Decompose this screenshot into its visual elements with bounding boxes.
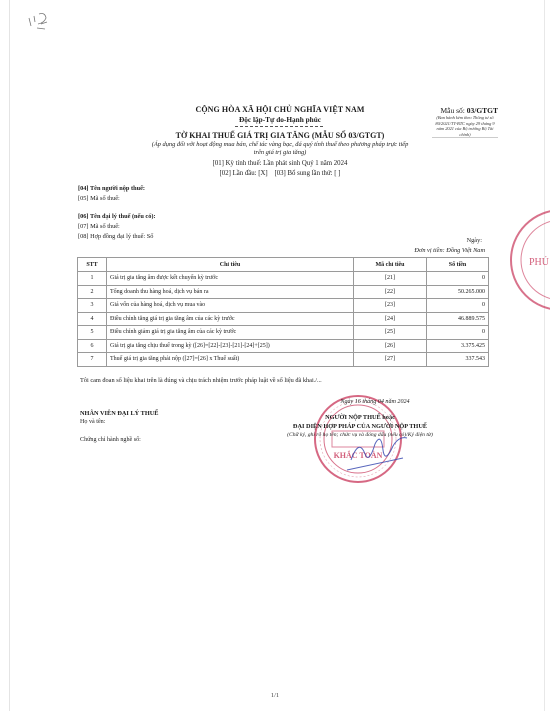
table-row: 3Giá vốn của hàng hoá, dịch vụ mua vào[2… <box>78 299 489 313</box>
tax-table: STT Chỉ tiêu Mã chỉ tiêu Số tiền 1Giá tr… <box>77 257 489 367</box>
row-stt: 6 <box>78 339 107 353</box>
signer-title-1: NGƯỜI NỘP THUẾ hoặc <box>255 414 465 421</box>
side-seal-icon: PHÚ <box>503 205 550 315</box>
submission-type: [02] Lần đầu: [X] [03] Bổ sung lần thứ: … <box>100 170 460 177</box>
currency-unit: Đơn vị tiền: Đồng Việt Nam <box>370 247 485 254</box>
agent-name-label: [06] Tên đại lý thuế (nếu có): <box>78 213 156 220</box>
form-title: TỜ KHAI THUẾ GIÁ TRỊ GIA TĂNG (MẪU SỐ 03… <box>100 131 460 140</box>
svg-text:PHÚ: PHÚ <box>529 256 550 268</box>
col-code: Mã chỉ tiêu <box>354 258 427 272</box>
row-item: Tổng doanh thu hàng hoá, dịch vụ bán ra <box>107 285 354 299</box>
row-amount: 337.543 <box>427 353 489 367</box>
row-stt: 5 <box>78 326 107 340</box>
row-code: [23] <box>354 299 427 313</box>
signature-date: Ngày 16 tháng 04 năm 2024 <box>300 399 450 405</box>
row-amount: 3.375.425 <box>427 339 489 353</box>
row-item: Giá trị gia tăng âm được kết chuyển kỳ t… <box>107 272 354 286</box>
row-code: [27] <box>354 353 427 367</box>
row-stt: 7 <box>78 353 107 367</box>
row-stt: 3 <box>78 299 107 313</box>
row-stt: 1 <box>78 272 107 286</box>
signature-icon <box>343 432 423 472</box>
taxpayer-name-label: [04] Tên người nộp thuế: <box>78 185 145 192</box>
row-amount: 0 <box>427 272 489 286</box>
form-code-label: Mẫu số: <box>440 106 466 115</box>
table-row: 5Điều chỉnh giảm giá trị gia tăng âm của… <box>78 326 489 340</box>
row-amount: 50.265.000 <box>427 285 489 299</box>
table-row: 1Giá trị gia tăng âm được kết chuyển kỳ … <box>78 272 489 286</box>
row-item: Giá trị gia tăng chịu thuế trong kỳ ([26… <box>107 339 354 353</box>
col-amount: Số tiền <box>427 258 489 272</box>
row-code: [25] <box>354 326 427 340</box>
agent-contract-label: [08] Hợp đồng đại lý thuế: Số <box>78 233 153 240</box>
table-row: 7Thuế giá trị gia tăng phải nộp ([27]=[2… <box>78 353 489 367</box>
page-edge-left <box>9 0 10 711</box>
agent-staff-cert-label: Chứng chỉ hành nghề số: <box>80 437 141 443</box>
row-code: [24] <box>354 312 427 326</box>
row-amount: 0 <box>427 299 489 313</box>
nation-heading: CỘNG HÒA XÃ HỘI CHỦ NGHĨA VIỆT NAM <box>100 105 460 114</box>
form-code-box: Mẫu số: 03/GTGT (Ban hành kèm theo Thông… <box>432 106 498 138</box>
row-amount: 0 <box>427 326 489 340</box>
tax-period: [01] Kỳ tính thuế: Lần phát sinh Quý 1 n… <box>100 160 460 167</box>
signer-note: (Chữ ký, ghi rõ họ tên; chức vụ và đóng … <box>250 432 470 438</box>
agent-staff-name-label: Họ và tên: <box>80 419 105 425</box>
row-code: [26] <box>354 339 427 353</box>
table-row: 4Điều chỉnh tăng giá trị gia tăng âm của… <box>78 312 489 326</box>
form-code-value: 03/GTGT <box>467 106 498 115</box>
form-code-note: (Ban hành kèm theo Thông tư số 80/2021/T… <box>432 115 498 137</box>
header-divider <box>235 126 323 127</box>
signer-title-2: ĐẠI DIỆN HỢP PHÁP CỦA NGƯỜI NỘP THUẾ <box>255 423 465 430</box>
table-row: 6Giá trị gia tăng chịu thuế trong kỳ ([2… <box>78 339 489 353</box>
col-item: Chỉ tiêu <box>107 258 354 272</box>
agent-staff-title: NHÂN VIÊN ĐẠI LÝ THUẾ <box>80 410 159 417</box>
col-stt: STT <box>78 258 107 272</box>
row-amount: 46.889.575 <box>427 312 489 326</box>
row-item: Giá vốn của hàng hoá, dịch vụ mua vào <box>107 299 354 313</box>
table-header-row: STT Chỉ tiêu Mã chỉ tiêu Số tiền <box>78 258 489 272</box>
motto: Độc lập-Tự do-Hạnh phúc <box>100 115 460 124</box>
declaration-text: Tôi cam đoan số liệu khai trên là đúng v… <box>80 377 440 384</box>
row-item: Điều chỉnh giảm giá trị gia tăng âm của … <box>107 326 354 340</box>
row-code: [21] <box>354 272 427 286</box>
page-number: 1/1 <box>255 692 295 699</box>
row-stt: 4 <box>78 312 107 326</box>
page-edge-right <box>544 0 545 711</box>
agent-id-label: [07] Mã số thuế: <box>78 223 120 230</box>
row-stt: 2 <box>78 285 107 299</box>
form-subtitle: (Áp dụng đối với hoạt động mua bán, chế … <box>150 141 410 158</box>
row-code: [22] <box>354 285 427 299</box>
table-row: 2Tổng doanh thu hàng hoá, dịch vụ bán ra… <box>78 285 489 299</box>
row-item: Điều chỉnh tăng giá trị gia tăng âm của … <box>107 312 354 326</box>
row-item: Thuế giá trị gia tăng phải nộp ([27]=[26… <box>107 353 354 367</box>
taxpayer-id-label: [05] Mã số thuế: <box>78 195 120 202</box>
date-label: Ngày: <box>400 237 482 244</box>
handwritten-mark <box>25 10 65 40</box>
